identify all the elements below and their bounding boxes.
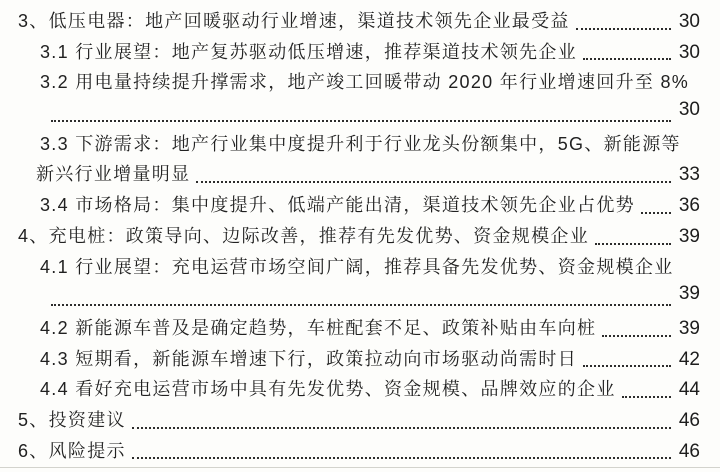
toc-entry-text: 6、风险提示 <box>18 437 126 463</box>
toc-entry-text: 3.3 下游需求：地产行业集中度提升利于行业龙头份额集中，5G、新能源等 <box>40 130 681 156</box>
dot-leader <box>51 304 671 306</box>
toc-entry: 4.1 行业展望：充电运营市场空间广阔，推荐具备先发优势、资金规模企业 <box>0 253 700 284</box>
toc-entry: 3.3 下游需求：地产行业集中度提升利于行业龙头份额集中，5G、新能源等 <box>0 130 700 161</box>
dot-leader <box>576 28 671 30</box>
toc-entry: 4、充电桩：政策导向、边际改善，推荐有先发优势、资金规模企业 39 <box>0 222 700 253</box>
toc-entry-text: 5、投资建议 <box>18 406 126 432</box>
toc-entry-text: 4.1 行业展望：充电运营市场空间广阔，推荐具备先发优势、资金规模企业 <box>40 253 674 279</box>
toc-entry-text: 3.1 行业展望：地产复苏驱动低压增速，推荐渠道技术领先企业 <box>40 38 577 64</box>
toc-entry: 4.4 看好充电运营市场中具有先发优势、资金规模、品牌效应的企业 44 <box>0 375 700 406</box>
dot-leader <box>196 181 671 183</box>
toc-entry: 3.4 市场格局：集中度提升、低端产能出清，渠道技术领先企业占优势 36 <box>0 191 700 222</box>
dot-leader <box>583 58 671 60</box>
toc-entry-text: 3.2 用电量持续提升撑需求，地产竣工回暖带动 2020 年行业增速回升至 8% <box>40 68 689 94</box>
dot-leader <box>583 365 671 367</box>
toc-entry-continuation: 39 <box>0 283 700 314</box>
toc-entry-text: 4、充电桩：政策导向、边际改善，推荐有先发优势、资金规模企业 <box>18 222 589 248</box>
page-number: 30 <box>674 11 700 33</box>
dot-leader <box>51 120 671 122</box>
page-number: 46 <box>674 441 700 463</box>
toc-entry-text: 新兴行业增量明显 <box>36 160 190 186</box>
page-number: 30 <box>674 99 700 121</box>
toc-entry-text: 4.2 新能源车普及是确定趋势，车桩配套不足、政策补贴由车向桩 <box>40 314 596 340</box>
page-number: 36 <box>674 195 700 217</box>
page-number: 39 <box>674 318 700 340</box>
toc-entry-text: 3.4 市场格局：集中度提升、低端产能出清，渠道技术领先企业占优势 <box>40 191 635 217</box>
dot-leader <box>622 396 671 398</box>
toc-entry: 4.2 新能源车普及是确定趋势，车桩配套不足、政策补贴由车向桩 39 <box>0 314 700 345</box>
toc-page: 3、低压电器：地产回暖驱动行业增速，渠道技术领先企业最受益 30 3.1 行业展… <box>0 0 720 472</box>
page-number: 39 <box>674 226 700 248</box>
page-number: 39 <box>674 283 700 305</box>
toc-entry-text: 4.3 短期看，新能源车增速下行，政策拉动向市场驱动尚需时日 <box>40 345 577 371</box>
page-bottom-rule <box>0 467 720 468</box>
page-number: 33 <box>674 164 700 186</box>
page-number: 44 <box>674 379 700 401</box>
toc-entry-continuation: 30 <box>0 99 700 130</box>
page-number: 42 <box>674 349 700 371</box>
dot-leader <box>595 243 671 245</box>
toc-entry: 3、低压电器：地产回暖驱动行业增速，渠道技术领先企业最受益 30 <box>0 7 700 38</box>
page-number: 46 <box>674 410 700 432</box>
toc-entry: 6、风险提示 46 <box>0 437 700 468</box>
dot-leader <box>132 457 671 459</box>
toc-entry: 5、投资建议 46 <box>0 406 700 437</box>
toc-entry-continuation: 新兴行业增量明显 33 <box>0 160 700 191</box>
toc-entry-text: 4.4 看好充电运营市场中具有先发优势、资金规模、品牌效应的企业 <box>40 375 616 401</box>
toc-entry-text: 3、低压电器：地产回暖驱动行业增速，渠道技术领先企业最受益 <box>18 7 570 33</box>
toc-entry: 3.2 用电量持续提升撑需求，地产竣工回暖带动 2020 年行业增速回升至 8% <box>0 68 700 99</box>
toc-entry: 3.1 行业展望：地产复苏驱动低压增速，推荐渠道技术领先企业 30 <box>0 38 700 69</box>
page-number: 30 <box>674 42 700 64</box>
dot-leader <box>602 335 671 337</box>
dot-leader <box>641 212 671 214</box>
toc-entry: 4.3 短期看，新能源车增速下行，政策拉动向市场驱动尚需时日 42 <box>0 345 700 376</box>
dot-leader <box>132 427 671 429</box>
